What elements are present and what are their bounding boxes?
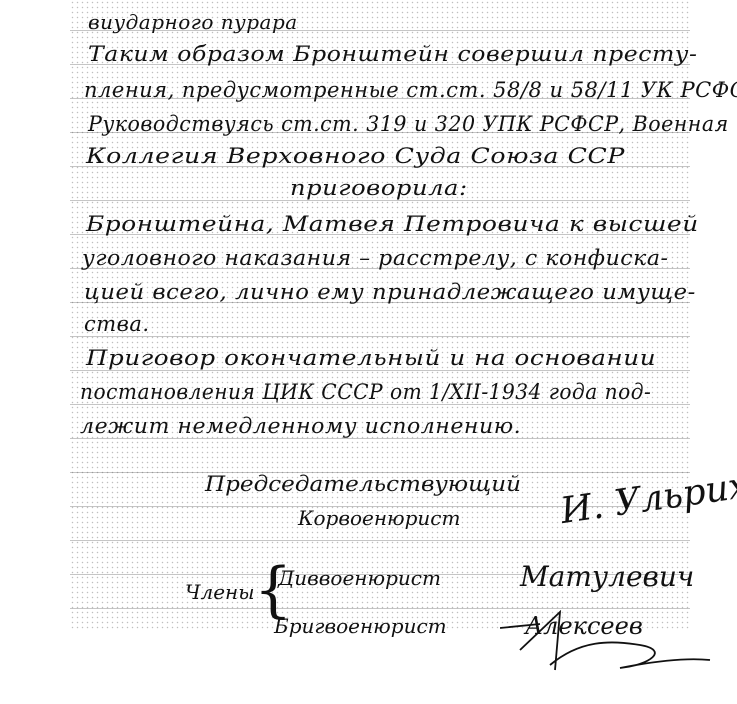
text-line: Таким образом Бронштейн совершил престу- (88, 42, 698, 66)
text-line: пления, предусмотренные ст.ст. 58/8 и 58… (84, 78, 737, 102)
text-line: Бронштейна, Матвея Петровича к высшей (86, 212, 699, 236)
text-line: Коллегия Верховного Суда Союза ССР (86, 144, 625, 168)
text-line: Приговор окончательный и на основании (86, 346, 656, 370)
members-label: Члены (185, 580, 255, 604)
member-1-rank: Диввоенюрист (278, 566, 441, 590)
text-line: виударного пурара (88, 10, 298, 34)
text-line: Руководствуясь ст.ст. 319 и 320 УПК РСФС… (88, 112, 729, 136)
text-line: приговорила: (290, 176, 468, 200)
member-1-signature: Матулевич (520, 560, 694, 593)
text-line: цией всего, лично ему принадлежащего иму… (84, 280, 696, 304)
member-2-signature: Алексеев (525, 612, 643, 640)
text-line: постановления ЦИК СССР от 1/XII-1934 год… (80, 380, 651, 404)
text-line: уголовного наказания – расстрелу, с конф… (82, 246, 669, 270)
member-2-rank: Бригвоенюрист (274, 614, 447, 638)
text-line: ства. (84, 312, 150, 336)
text-line: лежит немедленному исполнению. (80, 414, 521, 438)
presiding-label: Председательствующий (205, 472, 521, 496)
presiding-rank: Корвоенюрист (298, 506, 460, 530)
